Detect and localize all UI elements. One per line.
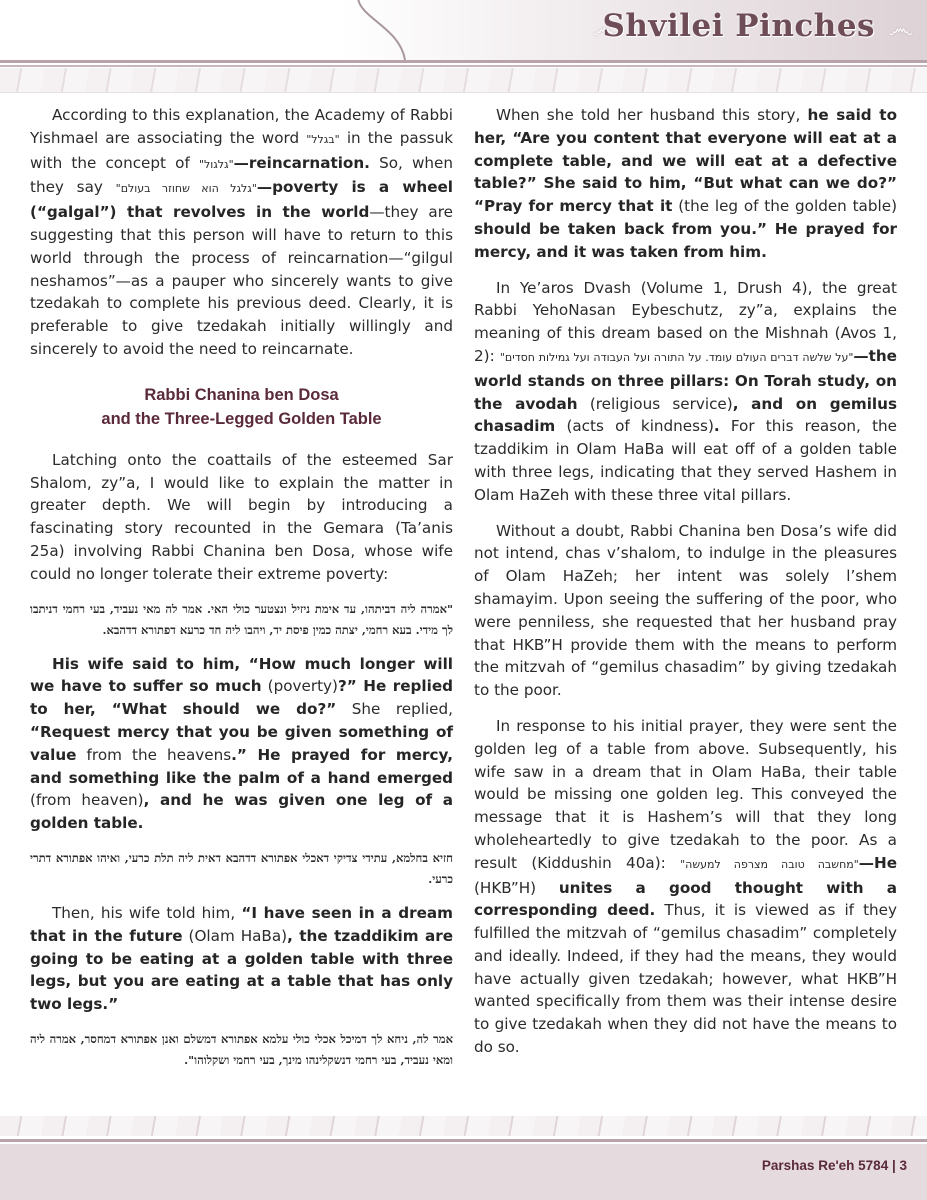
bold-text: —reincarnation. — [234, 154, 370, 172]
header-rule — [0, 65, 927, 67]
text: Thus, it is viewed as if they fulfilled … — [474, 901, 897, 1056]
section-heading: Rabbi Chanina ben Dosa and the Three-Leg… — [30, 383, 453, 431]
text: from the heavens — [76, 746, 231, 764]
bold-text: —He — [859, 854, 897, 872]
paragraph: In Ye’aros Dvash (Volume 1, Drush 4), th… — [474, 277, 897, 507]
ornamental-border — [0, 1116, 927, 1136]
text: (the leg of the golden table) — [672, 197, 897, 215]
publication-title: Shvilei Pinches — [603, 8, 876, 44]
heading-line: Rabbi Chanina ben Dosa — [144, 386, 338, 404]
hebrew-inline: "גלגל הוא שחוזר בעולם" — [116, 182, 257, 195]
text: (acts of kindness) — [555, 417, 714, 435]
paragraph: Then, his wife told him, “I have seen in… — [30, 902, 453, 1016]
text: She replied, — [336, 700, 453, 718]
text: (poverty) — [262, 677, 338, 695]
paragraph: His wife said to him, “How much longer w… — [30, 653, 453, 835]
footer-page-label: Parshas Re'eh 5784 | 3 — [762, 1158, 907, 1173]
bold-text: should be taken back from you.” He praye… — [474, 220, 897, 261]
header-divider-curve — [330, 0, 440, 62]
hebrew-quote: אמר לה, ניחא לך דמיכל אכלי כולי עלמא אפת… — [30, 1029, 453, 1071]
hebrew-quote: "אמרה ליה דביתהו, עד אימת ניזיל ונצטער כ… — [30, 599, 453, 641]
paragraph: According to this explanation, the Acade… — [30, 104, 453, 361]
hebrew-inline: "בגלל" — [306, 133, 340, 146]
left-column: According to this explanation, the Acade… — [30, 104, 453, 1083]
heading-line: and the Three-Legged Golden Table — [101, 410, 381, 428]
hebrew-inline: "גלגול" — [199, 158, 234, 171]
paragraph: When she told her husband this story, he… — [474, 104, 897, 264]
text: (from heaven) — [30, 791, 144, 809]
text: Then, his wife told him, — [52, 904, 241, 922]
page-header: ෴ Shvilei Pinches ෴ — [0, 0, 927, 100]
right-column: When she told her husband this story, he… — [474, 104, 897, 1072]
text: (Olam HaBa) — [183, 927, 288, 945]
paragraph: Without a doubt, Rabbi Chanina ben Dosa’… — [474, 520, 897, 702]
footer-rule — [0, 1139, 927, 1142]
header-rule — [0, 60, 927, 63]
hebrew-inline: "מחשבה טובה מצרפה למעשה" — [680, 858, 859, 871]
swirl-ornament-icon: ෴ — [888, 14, 913, 45]
text: In response to his initial prayer, they … — [474, 717, 897, 872]
paragraph: In response to his initial prayer, they … — [474, 715, 897, 1059]
ornamental-border — [0, 68, 927, 93]
text: (religious service) — [578, 395, 733, 413]
paragraph: Latching onto the coattails of the estee… — [30, 449, 453, 586]
hebrew-quote: חזיא בחלמא, עתידי צדיקי דאכלי אפתורא דדה… — [30, 848, 453, 890]
text: —they are suggesting that this person wi… — [30, 203, 453, 358]
text: When she told her husband this story, — [496, 106, 808, 124]
text: (HKB”H) — [474, 879, 559, 897]
hebrew-inline: "על שלשה דברים העולם עומד. על התורה ועל … — [500, 351, 854, 364]
